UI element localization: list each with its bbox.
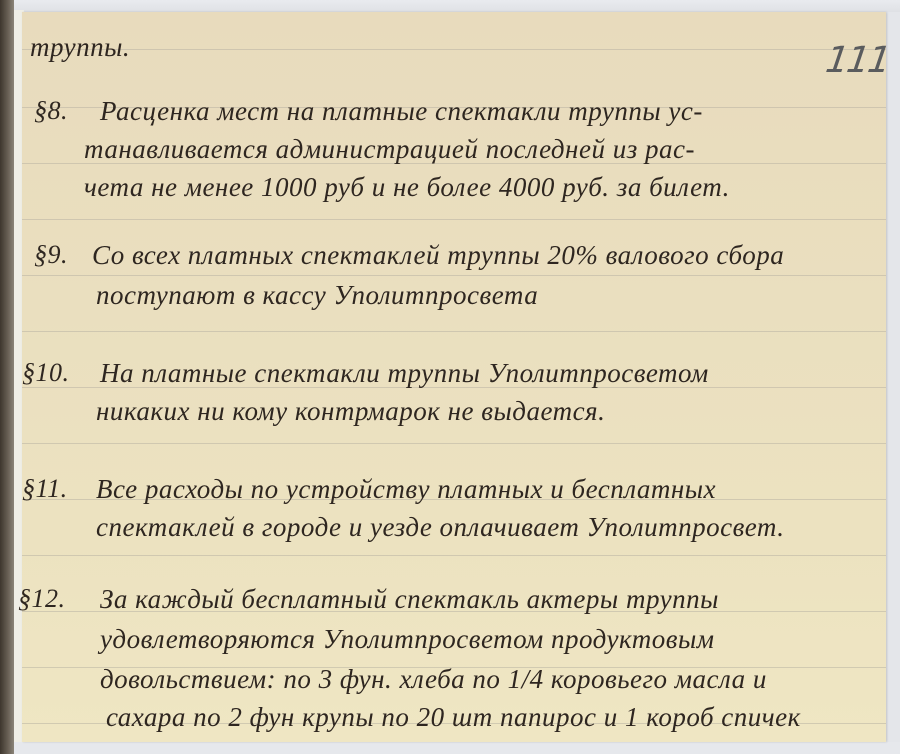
paragraph-10-line-1: На платные спектакли труппы Уполитпросве… bbox=[100, 358, 709, 389]
continuation-line: труппы. bbox=[30, 32, 130, 63]
paragraph-11-line-1: Все расходы по устройству платных и бесп… bbox=[96, 474, 716, 505]
paragraph-12-line-3: довольствием: по 3 фун. хлеба по 1/4 кор… bbox=[100, 664, 767, 695]
scan-background-top bbox=[0, 0, 900, 12]
section-number-8: §8. bbox=[34, 96, 68, 126]
section-number-9: §9. bbox=[34, 240, 68, 270]
section-number-11: §11. bbox=[22, 474, 68, 504]
paragraph-12-line-4: сахара по 2 фун крупы по 20 шт папирос и… bbox=[106, 702, 801, 733]
paragraph-12-line-1: За каждый бесплатный спектакль актеры тр… bbox=[100, 584, 719, 615]
scan-background-bottom bbox=[14, 742, 900, 754]
paragraph-11-line-2: спектаклей в городе и уезде оплачивает У… bbox=[96, 512, 785, 543]
section-number-12: §12. bbox=[18, 584, 66, 614]
book-binding-edge bbox=[0, 0, 14, 754]
paragraph-10-line-2: никаких ни кому контрмарок не выдается. bbox=[96, 396, 605, 427]
paragraph-8-line-3: чета не менее 1000 руб и не более 4000 р… bbox=[84, 172, 730, 203]
paragraph-8-line-2: танавливается администрацией последней и… bbox=[84, 134, 695, 165]
paragraph-9-line-1: Со всех платных спектаклей труппы 20% ва… bbox=[92, 240, 784, 271]
paragraph-9-line-2: поступают в кассу Уполитпросвета bbox=[96, 280, 538, 311]
paragraph-12-line-2: удовлетворяются Уполитпросветом продукто… bbox=[100, 624, 714, 655]
folio-number: 111 bbox=[823, 40, 891, 81]
paragraph-8-line-1: Расценка мест на платные спектакли трупп… bbox=[100, 96, 703, 127]
section-number-10: §10. bbox=[22, 358, 70, 388]
